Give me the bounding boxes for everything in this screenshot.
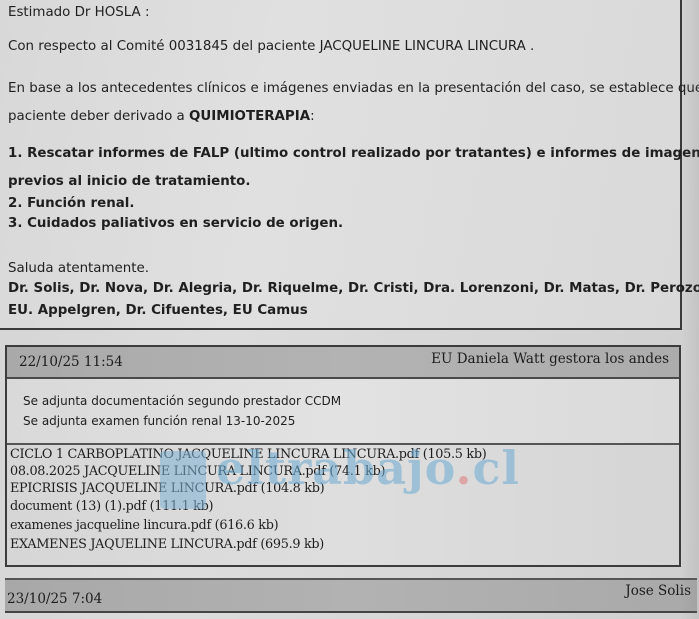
attachment-link[interactable]: 08.08.2025 JACQUELINE LINCURA LINCURA.pd… [10, 464, 385, 479]
instruction-item-3: 3. Cuidados paliativos en servicio de or… [8, 213, 343, 234]
thread-entry: 22/10/25 11:54 EU Daniela Watt gestora l… [5, 345, 681, 567]
entry-notes: Se adjunta documentación segundo prestad… [7, 379, 679, 445]
salutation: Estimado Dr HOSLA : [8, 2, 150, 23]
attachment-link[interactable]: EXAMENES JAQUELINE LINCURA.pdf (695.9 kb… [10, 537, 324, 552]
note-line: Se adjunta documentación segundo prestad… [23, 391, 341, 411]
note-line: Se adjunta examen función renal 13-10-20… [23, 411, 295, 431]
decision-text-line1: En base a los antecedentes clínicos e im… [8, 78, 699, 99]
decision-suffix: : [310, 109, 315, 124]
attachment-link[interactable]: document (13) (1).pdf (111.1 kb) [10, 499, 213, 514]
decision-prefix: paciente deber derivado a [8, 109, 189, 124]
committee-reference: Con respecto al Comité 0031845 del pacie… [8, 36, 534, 57]
decision-text-line2: paciente deber derivado a QUIMIOTERAPIA: [8, 106, 315, 127]
decision-treatment: QUIMIOTERAPIA [189, 109, 310, 124]
closing: Saluda atentamente. [8, 258, 149, 279]
instruction-item-2: 2. Función renal. [8, 193, 134, 214]
printed-page: Estimado Dr HOSLA : Con respecto al Comi… [0, 0, 699, 619]
attachment-link[interactable]: EPICRISIS JACQUELINE LINCURA.pdf (104.8 … [10, 481, 324, 496]
attachment-link[interactable]: CICLO 1 CARBOPLATINO JACQUELINE LINCURA … [10, 447, 486, 462]
thread-entry-header: 22/10/25 11:54 EU Daniela Watt gestora l… [7, 347, 679, 379]
attachment-link[interactable]: examenes jacqueline lincura.pdf (616.6 k… [10, 518, 278, 533]
instruction-item-1-line2: previos al inicio de tratamiento. [8, 171, 250, 192]
page-edge-shadow [681, 0, 699, 619]
committee-message-card: Estimado Dr HOSLA : Con respecto al Comi… [0, 0, 682, 330]
entry-timestamp: 22/10/25 11:54 [19, 354, 123, 370]
entry-timestamp: 23/10/25 7:04 [7, 591, 102, 607]
signers-line-2: EU. Appelgren, Dr. Cifuentes, EU Camus [8, 300, 308, 321]
thread-entry-header: 23/10/25 7:04 Jose Solis [5, 578, 697, 613]
attachments-list: CICLO 1 CARBOPLATINO JACQUELINE LINCURA … [7, 445, 679, 565]
entry-author: EU Daniela Watt gestora los andes [431, 351, 669, 367]
signers-line-1: Dr. Solis, Dr. Nova, Dr. Alegria, Dr. Ri… [8, 278, 699, 299]
instruction-item-1-line1: 1. Rescatar informes de FALP (ultimo con… [8, 143, 699, 164]
